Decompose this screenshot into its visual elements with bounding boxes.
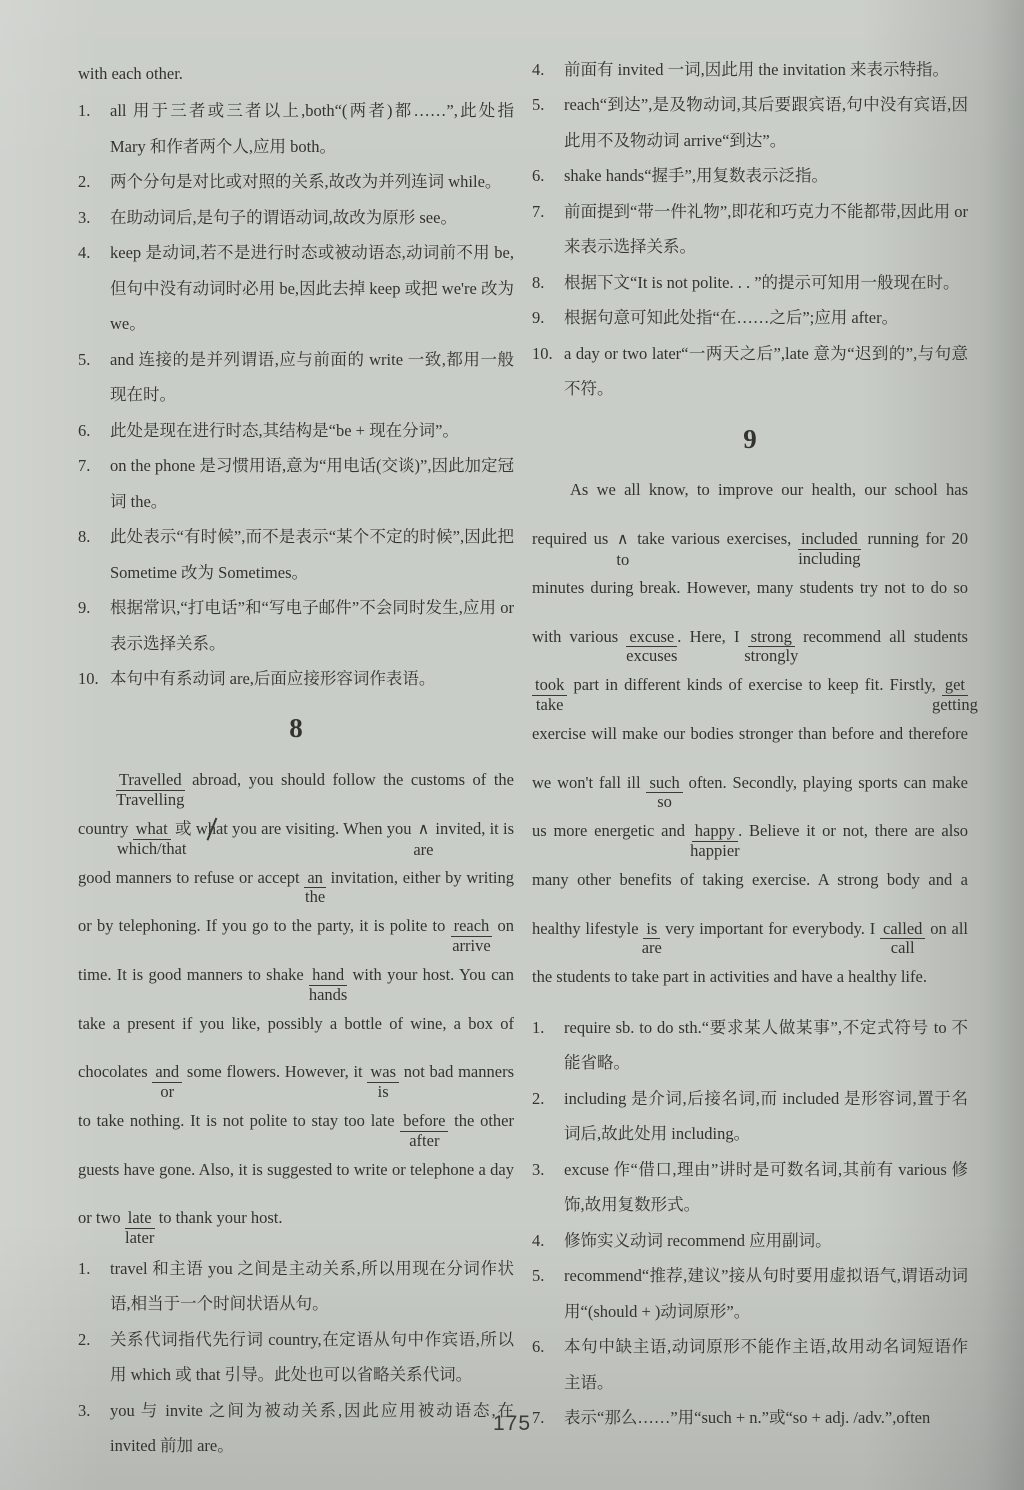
original-word: an [307,868,323,887]
corrected-word: later [125,1229,154,1247]
correction-pair: suchso [646,773,682,794]
item-text: recommend“推荐,建议”接从句时要用虚拟语气,谓语动词用“(should… [564,1258,968,1329]
item-text: 修饰实义动词 recommend 应用副词。 [564,1223,968,1258]
corrected-word: is [378,1083,389,1101]
page-number: 175 [0,1412,1024,1436]
item-text: 本句中有系动词 are,后面应接形容词作表语。 [110,661,514,696]
item-text: keep 是动词,若不是进行时态或被动语态,动词前不用 be,但句中没有动词时必… [110,235,514,341]
item-text: travel 和主语 you 之间是主动关系,所以用现在分词作状语,相当于一个时… [110,1251,514,1322]
corrected-word: strongly [744,647,798,665]
correction-pair: TravelledTravelling [116,770,185,791]
item-number: 6. [78,413,110,448]
correction-pair: beforeafter [400,1111,448,1132]
corrected-word: getting [932,696,978,714]
original-word: called [883,919,922,938]
corrected-word: Travelling [116,791,184,809]
original-word: before [403,1111,445,1130]
corrected-word: take [536,696,563,714]
original-word: is [646,919,657,938]
item-text: 此处表示“有时候”,而不是表示“某个不定的时候”,因此把 Sometime 改为… [110,519,514,590]
correction-pair: whatwhich/that [133,819,171,840]
section8-passage: TravelledTravelling abroad, you should f… [78,756,514,1243]
item-number: 5. [532,1258,564,1329]
correction-pair: anthe [304,868,326,889]
right-column: 4.前面有 invited 一词,因此用 the invitation 来表示特… [532,52,968,1436]
list-item: 4.keep 是动词,若不是进行时态或被动语态,动词前不用 be,但句中没有动词… [78,235,514,341]
correction-pair: getgetting [942,675,968,696]
item-text: shake hands“握手”,用复数表示泛指。 [564,158,968,193]
item-text: reach“到达”,是及物动词,其后要跟宾语,句中没有宾语,因此用不及物动词 a… [564,87,968,158]
list-item: 2.两个分句是对比或对照的关系,故改为并列连词 while。 [78,164,514,199]
list-item: 7.on the phone 是习惯用语,意为“用电话(交谈)”,因此加定冠词 … [78,448,514,519]
item-text: 此处是现在进行时态,其结构是“be + 现在分词”。 [110,413,514,448]
item-text: 根据句意可知此处指“在……之后”;应用 after。 [564,300,968,335]
section8-explanation-list-continued: 4.前面有 invited 一词,因此用 the invitation 来表示特… [532,52,968,407]
section8-heading: 8 [78,710,514,748]
item-number: 3. [532,1152,564,1223]
original-word: and [155,1062,179,1081]
correction-pair: tooktake [532,675,567,696]
inserted-word: to [616,551,629,569]
corrected-word: hands [309,986,348,1004]
correction-pair: reacharrive [451,916,493,937]
original-word: late [128,1208,152,1227]
item-text: 根据下文“It is not polite. . . ”的提示可知用一般现在时。 [564,265,968,300]
section9-heading: 9 [532,421,968,459]
original-word: included [801,529,858,548]
list-item: 7.前面提到“带一件礼物”,即花和巧克力不能都带,因此用 or 来表示选择关系。 [532,194,968,265]
item-text: on the phone 是习惯用语,意为“用电话(交谈)”,因此加定冠词 th… [110,448,514,519]
list-item: 1.require sb. to do sth.“要求某人做某事”,不定式符号 … [532,1010,968,1081]
item-text: including 是介词,后接名词,而 included 是形容词,置于名词后… [564,1081,968,1152]
item-text: 前面有 invited 一词,因此用 the invitation 来表示特指。 [564,52,968,87]
item-text: 根据常识,“打电话”和“写电子邮件”不会同时发生,应用 or 表示选择关系。 [110,590,514,661]
corrected-word: the [305,888,325,906]
correction-pair: andor [152,1062,182,1083]
original-word: get [945,675,965,694]
original-word: was [370,1062,396,1081]
original-word: hand [312,965,344,984]
correction-pair: wasis [367,1062,399,1083]
item-number: 7. [532,194,564,265]
item-number: 10. [532,336,564,407]
list-item: 5.and 连接的是并列谓语,应与前面的 write 一致,都用一般现在时。 [78,342,514,413]
item-number: 2. [78,1322,110,1393]
corrected-word: which/that [117,840,187,858]
corrected-word: happier [690,842,739,860]
item-number: 10. [78,661,110,696]
section7-explanation-list: 1.all 用于三者或三者以上,both“(两者)都……”,此处指 Mary 和… [78,93,514,696]
item-number: 4. [78,235,110,341]
item-number: 1. [532,1010,564,1081]
original-word: Travelled [119,770,182,789]
list-item: 3.在助动词后,是句子的谓语动词,故改为原形 see。 [78,200,514,235]
list-item: 10.本句中有系动词 are,后面应接形容词作表语。 [78,661,514,696]
list-item: 1.travel 和主语 you 之间是主动关系,所以用现在分词作状语,相当于一… [78,1251,514,1322]
item-text: all 用于三者或三者以上,both“(两者)都……”,此处指 Mary 和作者… [110,93,514,164]
left-column: with each other. 1.all 用于三者或三者以上,both“(两… [78,56,514,1464]
corrected-word: including [798,550,860,568]
original-word: strong [751,627,792,646]
correction-pair: excuseexcuses [626,627,677,648]
item-text: 本句中缺主语,动词原形不能作主语,故用动名词短语作主语。 [564,1329,968,1400]
item-text: 两个分句是对比或对照的关系,故改为并列连词 while。 [110,164,514,199]
caret-icon: ∧ [617,531,628,548]
list-item: 4.前面有 invited 一词,因此用 the invitation 来表示特… [532,52,968,87]
original-word: took [535,675,564,694]
correction-pair: isare [643,919,660,940]
correction-pair: handhands [309,965,347,986]
item-text: a day or two later“一两天之后”,late 意为“迟到的”,与… [564,336,968,407]
list-item: 9.根据句意可知此处指“在……之后”;应用 after。 [532,300,968,335]
insertion-mark: ∧to [615,529,630,550]
list-item: 10.a day or two later“一两天之后”,late 意为“迟到的… [532,336,968,407]
list-item: 5.reach“到达”,是及物动词,其后要跟宾语,句中没有宾语,因此用不及物动词… [532,87,968,158]
list-item: 4.修饰实义动词 recommend 应用副词。 [532,1223,968,1258]
item-number: 9. [78,590,110,661]
list-item: 9.根据常识,“打电话”和“写电子邮件”不会同时发生,应用 or 表示选择关系。 [78,590,514,661]
original-word: reach [454,916,490,935]
original-word: what [136,819,168,838]
item-text: 在助动词后,是句子的谓语动词,故改为原形 see。 [110,200,514,235]
item-number: 5. [532,87,564,158]
item-number: 6. [532,1329,564,1400]
item-number: 5. [78,342,110,413]
corrected-word: arrive [452,937,490,955]
item-number: 1. [78,1251,110,1322]
continuation-line: with each other. [78,56,514,91]
item-text: excuse 作“借口,理由”讲时是可数名词,其前有 various 修饰,故用… [564,1152,968,1223]
item-text: require sb. to do sth.“要求某人做某事”,不定式符号 to… [564,1010,968,1081]
item-number: 4. [532,52,564,87]
item-number: 4. [532,1223,564,1258]
correction-pair: includedincluding [798,529,861,550]
list-item: 6.此处是现在进行时态,其结构是“be + 现在分词”。 [78,413,514,448]
item-text: and 连接的是并列谓语,应与前面的 write 一致,都用一般现在时。 [110,342,514,413]
deleted-word: what [196,819,228,839]
original-word: excuse [629,627,674,646]
correction-pair: calledcall [880,919,925,940]
corrected-word: so [657,793,672,811]
list-item: 6.本句中缺主语,动词原形不能作主语,故用动名词短语作主语。 [532,1329,968,1400]
correction-pair: strongstrongly [748,627,795,648]
item-number: 3. [78,200,110,235]
corrected-word: are [642,939,662,957]
item-text: 前面提到“带一件礼物”,即花和巧克力不能都带,因此用 or 来表示选择关系。 [564,194,968,265]
list-item: 6.shake hands“握手”,用复数表示泛指。 [532,158,968,193]
original-word: happy [695,821,735,840]
item-number: 2. [78,164,110,199]
insertion-mark: ∧are [416,819,431,840]
list-item: 2.关系代词指代先行词 country,在定语从句中作宾语,所以用 which … [78,1322,514,1393]
item-number: 8. [78,519,110,590]
corrected-word: or [160,1083,174,1101]
list-item: 8.根据下文“It is not polite. . . ”的提示可知用一般现在… [532,265,968,300]
caret-icon: ∧ [418,821,429,838]
item-number: 8. [532,265,564,300]
corrected-word: call [891,939,915,957]
list-item: 2.including 是介词,后接名词,而 included 是形容词,置于名… [532,1081,968,1152]
correction-pair: happyhappier [692,821,738,842]
item-number: 7. [78,448,110,519]
item-text: 关系代词指代先行词 country,在定语从句中作宾语,所以用 which 或 … [110,1322,514,1393]
original-word: such [649,773,679,792]
inserted-word: are [413,841,433,859]
list-item: 5.recommend“推荐,建议”接从句时要用虚拟语气,谓语动词用“(shou… [532,1258,968,1329]
section9-explanation-list: 1.require sb. to do sth.“要求某人做某事”,不定式符号 … [532,1010,968,1436]
item-number: 9. [532,300,564,335]
item-number: 2. [532,1081,564,1152]
correction-pair: latelater [125,1208,155,1229]
item-number: 6. [532,158,564,193]
scanned-page: with each other. 1.all 用于三者或三者以上,both“(两… [0,0,1024,1490]
corrected-word: after [409,1132,439,1150]
list-item: 8.此处表示“有时候”,而不是表示“某个不定的时候”,因此把 Sometime … [78,519,514,590]
list-item: 1.all 用于三者或三者以上,both“(两者)都……”,此处指 Mary 和… [78,93,514,164]
list-item: 3.excuse 作“借口,理由”讲时是可数名词,其前有 various 修饰,… [532,1152,968,1223]
corrected-word: excuses [626,647,677,665]
item-number: 1. [78,93,110,164]
section9-passage: As we all know, to improve our health, o… [532,466,968,1001]
